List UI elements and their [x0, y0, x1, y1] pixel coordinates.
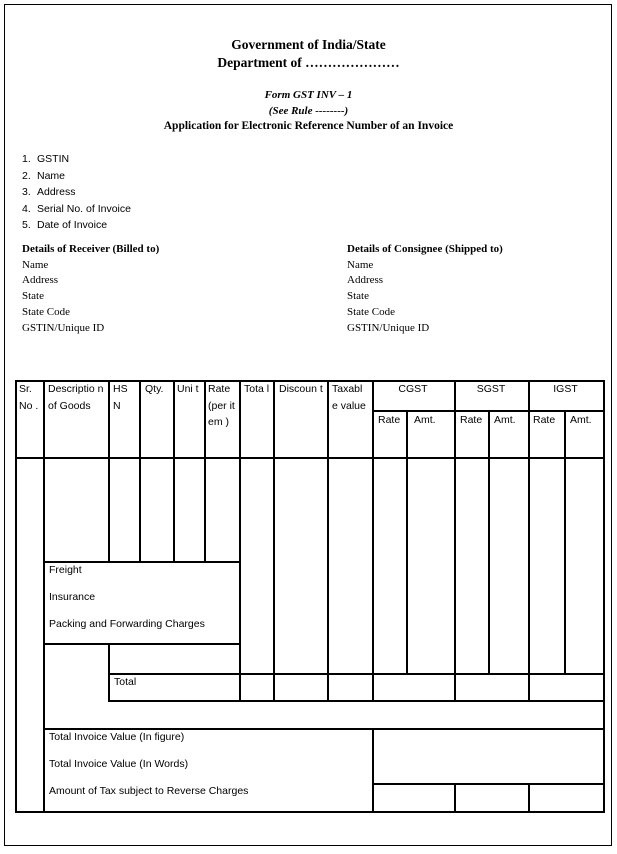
consignee-field: GSTIN/Unique ID	[347, 321, 503, 337]
supplier-field: 3.Address	[22, 184, 131, 201]
table-rule	[108, 457, 110, 563]
department-title: Department of …………………	[0, 55, 617, 71]
table-rule	[327, 380, 329, 459]
table-rule	[43, 457, 45, 813]
header-sr-no: Sr. No .	[19, 381, 41, 414]
table-rule	[528, 457, 530, 675]
table-rule	[454, 457, 456, 675]
table-rule	[454, 673, 456, 702]
table-rule	[564, 457, 566, 675]
header-cgst-rate: Rate	[378, 412, 400, 429]
table-rule	[139, 380, 141, 459]
supplier-field: 1.GSTIN	[22, 151, 131, 168]
table-rule	[528, 673, 530, 702]
reverse-charge-tax-amount: Amount of Tax subject to Reverse Charges	[49, 783, 248, 800]
receiver-field: Address	[22, 273, 159, 289]
charge-insurance: Insurance	[49, 589, 95, 606]
table-rule	[239, 457, 241, 702]
supplier-field: 4.Serial No. of Invoice	[22, 201, 131, 218]
table-rule	[173, 457, 175, 563]
header-qty: Qty.	[145, 381, 163, 398]
supplier-field: 2.Name	[22, 168, 131, 185]
consignee-field: State Code	[347, 305, 503, 321]
table-rule	[239, 380, 241, 459]
table-rule	[108, 673, 605, 675]
table-rule	[528, 410, 530, 459]
header-cgst: CGST	[372, 381, 454, 398]
charge-packing-forwarding: Packing and Forwarding Charges	[49, 616, 205, 633]
header-description: Descriptio n of Goods	[48, 381, 106, 414]
table-rule	[406, 410, 408, 459]
table-rule	[15, 457, 605, 459]
header-sgst: SGST	[454, 381, 528, 398]
table-rule	[273, 457, 275, 702]
table-rule	[15, 380, 17, 813]
receiver-field: State	[22, 289, 159, 305]
total-invoice-value-figure: Total Invoice Value (In figure)	[49, 729, 184, 746]
header-cgst-amt: Amt.	[414, 412, 436, 429]
header-taxable-value: Taxabl e value	[332, 381, 370, 414]
table-rule	[603, 380, 605, 813]
table-rule	[173, 380, 175, 459]
rule-reference: (See Rule --------)	[0, 105, 617, 117]
total-invoice-value-words: Total Invoice Value (In Words)	[49, 756, 188, 773]
consignee-details: Details of Consignee (Shipped to) Name A…	[347, 242, 503, 336]
table-rule	[564, 410, 566, 459]
table-rule	[372, 728, 374, 813]
header-discount: Discoun t	[279, 381, 325, 398]
table-rule	[454, 783, 456, 813]
consignee-field: Address	[347, 273, 503, 289]
form-subtitle: Application for Electronic Reference Num…	[0, 120, 617, 132]
consignee-field: Name	[347, 258, 503, 274]
table-rule	[108, 380, 110, 459]
table-rule	[528, 783, 530, 813]
supplier-field: 5.Date of Invoice	[22, 217, 131, 234]
table-rule	[488, 410, 490, 459]
table-rule	[488, 457, 490, 675]
charge-freight: Freight	[49, 562, 82, 579]
header-igst: IGST	[528, 381, 603, 398]
table-rule	[406, 457, 408, 675]
header-igst-rate: Rate	[533, 412, 555, 429]
total-label: Total	[114, 674, 136, 691]
receiver-details: Details of Receiver (Billed to) Name Add…	[22, 242, 159, 336]
receiver-field: State Code	[22, 305, 159, 321]
receiver-field: Name	[22, 258, 159, 274]
table-rule	[372, 457, 374, 702]
table-rule	[204, 380, 206, 459]
table-rule	[108, 700, 605, 702]
table-rule	[454, 410, 456, 459]
header-sgst-amt: Amt.	[494, 412, 516, 429]
table-rule	[327, 457, 329, 702]
table-rule	[43, 380, 45, 459]
receiver-field: GSTIN/Unique ID	[22, 321, 159, 337]
table-rule	[15, 811, 605, 813]
header-sgst-rate: Rate	[460, 412, 482, 429]
header-total: Tota l	[244, 381, 272, 398]
receiver-title: Details of Receiver (Billed to)	[22, 242, 159, 258]
table-rule	[139, 457, 141, 563]
supplier-fields-list: 1.GSTIN 2.Name 3.Address 4.Serial No. of…	[22, 151, 131, 234]
header-unit: Uni t	[177, 381, 199, 398]
header-rate: Rate (per item )	[208, 381, 236, 431]
table-rule	[204, 457, 206, 563]
table-rule	[372, 783, 605, 785]
form-title: Form GST INV – 1	[0, 89, 617, 101]
consignee-field: State	[347, 289, 503, 305]
header-hsn: HS N	[113, 381, 135, 414]
table-rule	[273, 380, 275, 459]
header-igst-amt: Amt.	[570, 412, 592, 429]
consignee-title: Details of Consignee (Shipped to)	[347, 242, 503, 258]
gov-title: Government of India/State	[0, 37, 617, 53]
table-rule	[43, 643, 241, 645]
